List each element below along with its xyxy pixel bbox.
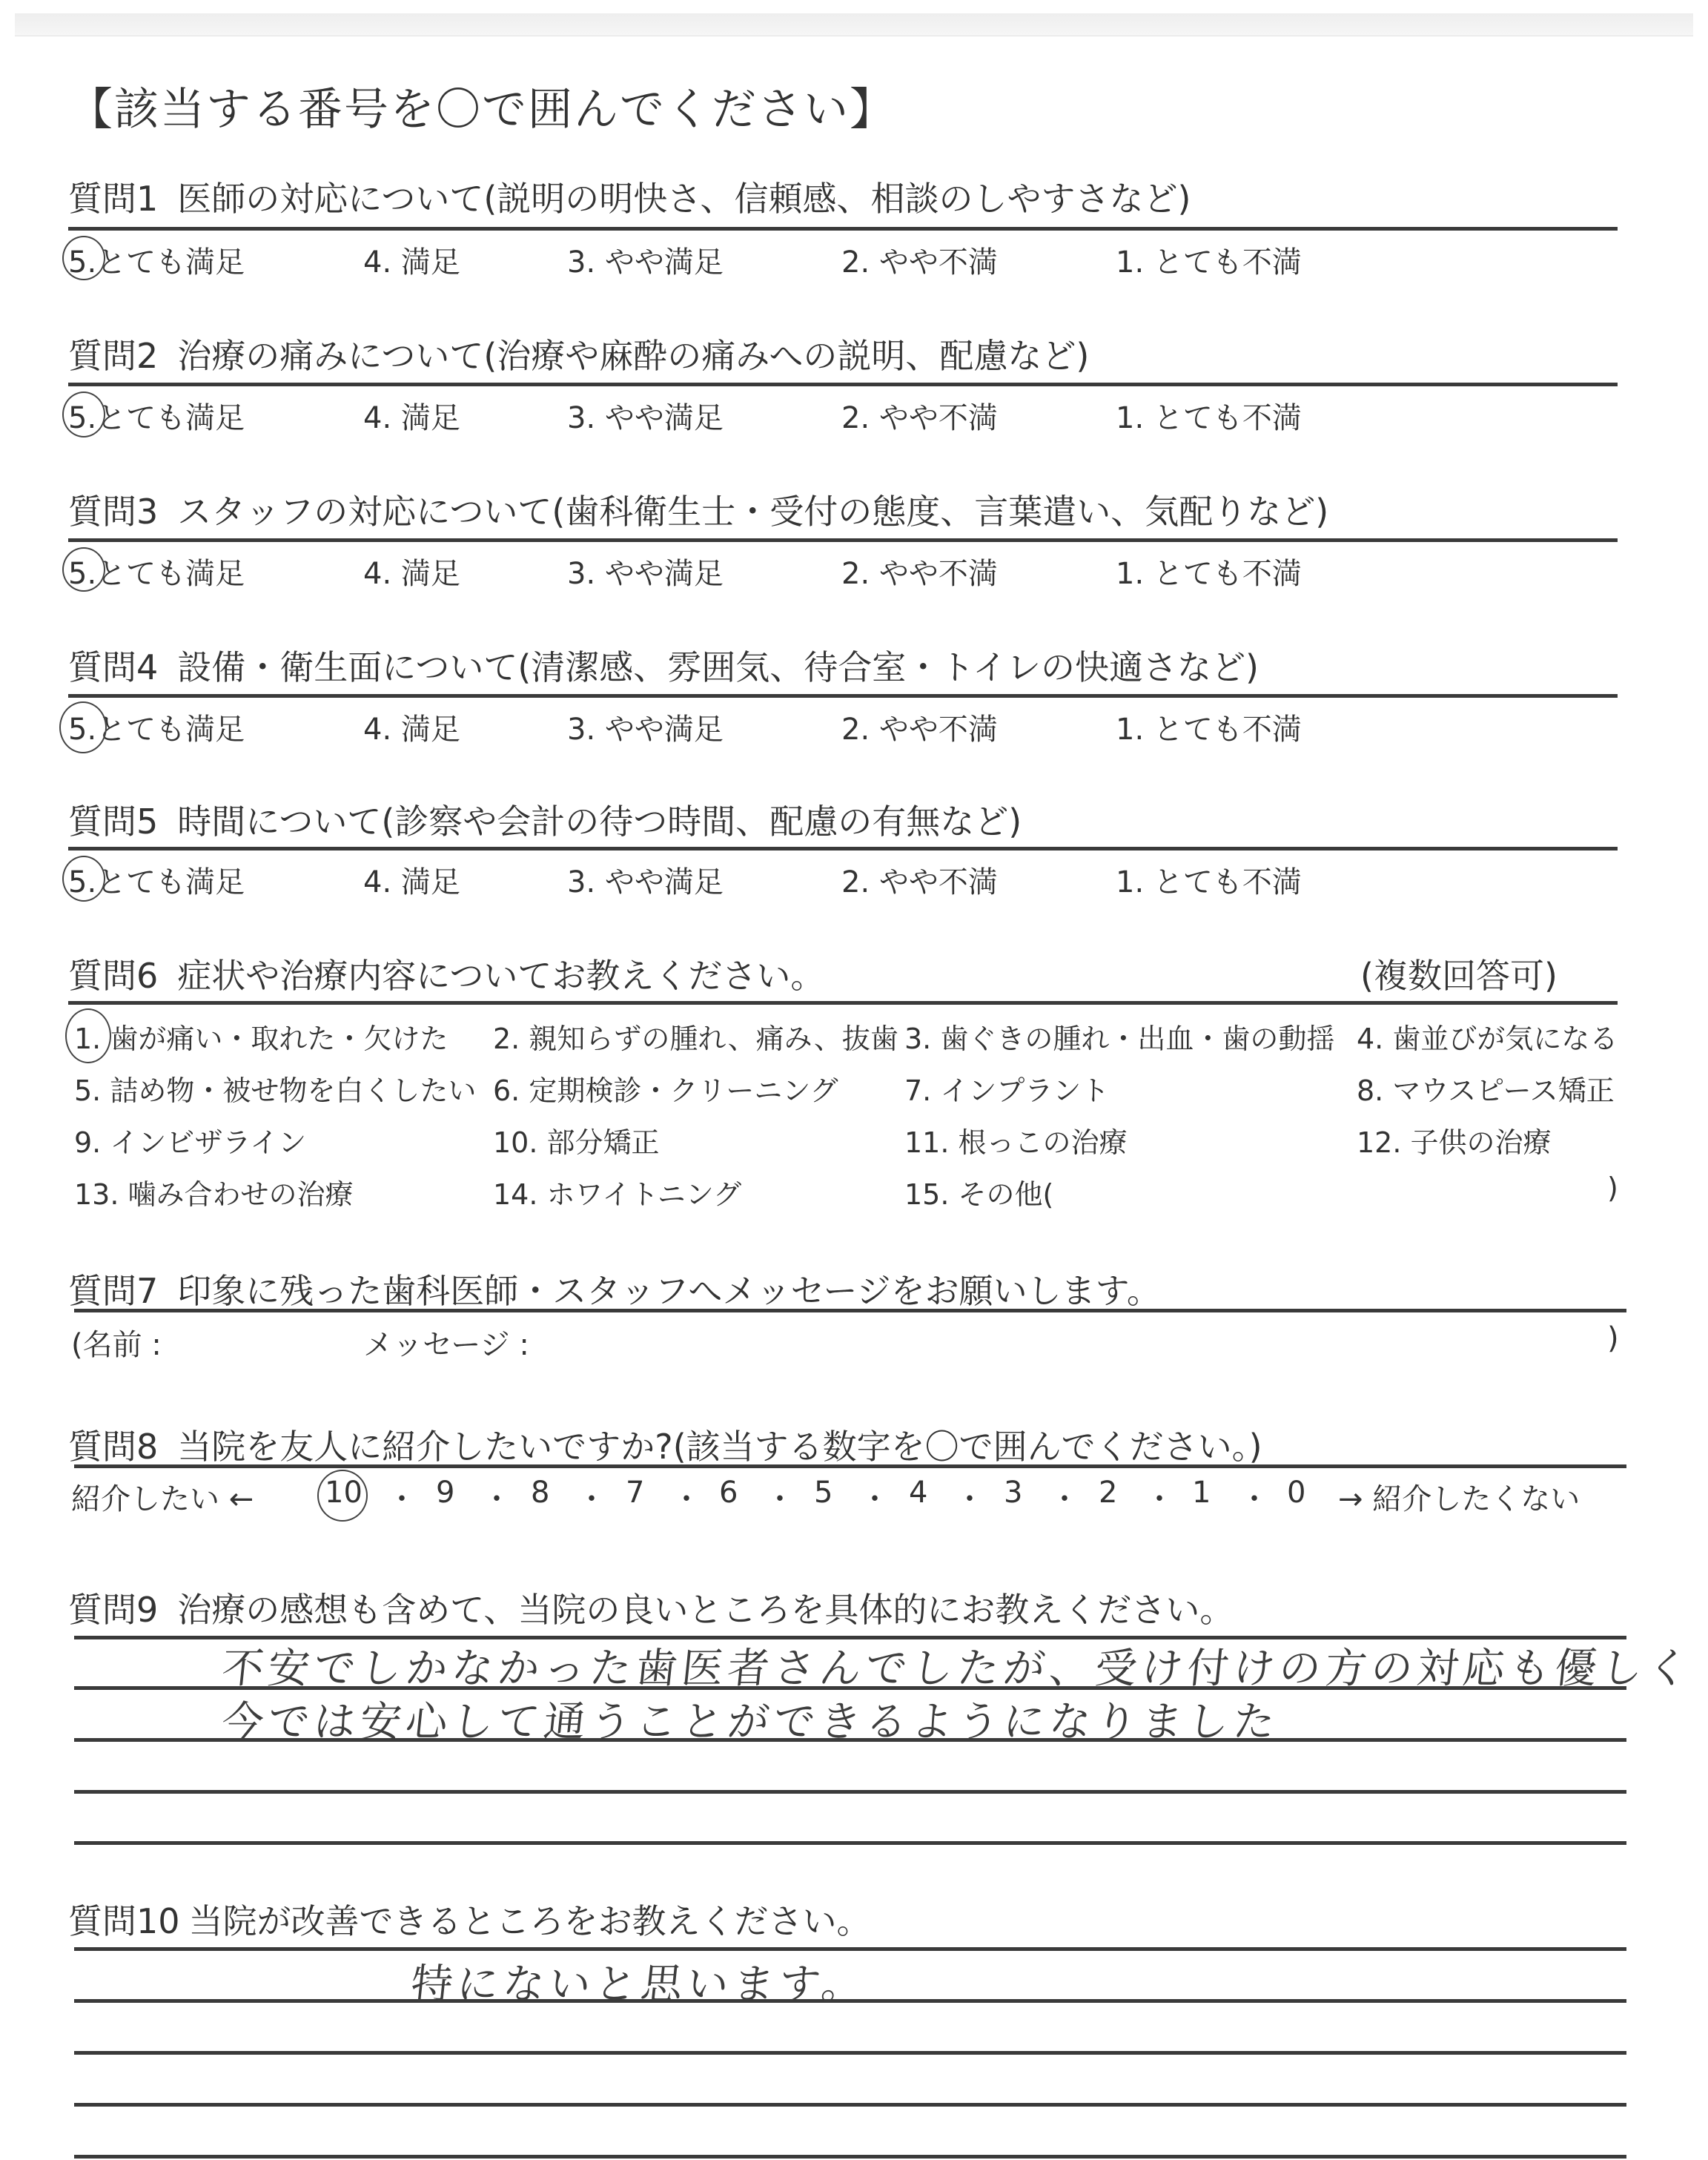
- symptom-option-1[interactable]: 1. 歯が痛い・取れた・欠けた: [74, 1016, 448, 1057]
- separator: ・: [1050, 1476, 1079, 1518]
- recommend-score-7[interactable]: 7: [626, 1476, 644, 1510]
- separator: ・: [765, 1476, 795, 1518]
- question-text: 設備・衛生面について(清潔感、雰囲気、待合室・トイレの快適さなど): [177, 647, 1259, 687]
- selection-circle: [62, 392, 105, 437]
- answer-line: [74, 2103, 1626, 2107]
- question-text: 医師の対応について(説明の明快さ、信頼感、相談のしやすさなど): [177, 179, 1191, 219]
- answer-line: [74, 1947, 1626, 1951]
- question-text: 症状や治療内容についてお教えください。: [177, 956, 824, 996]
- symptom-option-11[interactable]: 11. 根っこの治療: [904, 1120, 1128, 1160]
- symptom-option-6[interactable]: 6. 定期検診・クリーニング: [493, 1068, 838, 1109]
- q2-option-1[interactable]: 1. とても不満: [1116, 394, 1302, 437]
- separator: ・: [1145, 1476, 1174, 1518]
- handwritten-answer-line-1[interactable]: 不安でしかなかった歯医者さんでしたが、受け付けの方の対応も優しく: [219, 1636, 1696, 1695]
- q5-option-1[interactable]: 1. とても不満: [1116, 859, 1302, 901]
- question-text: 印象に残った歯科医師・スタッフへメッセージをお願いします。: [177, 1271, 1161, 1311]
- selection-circle: [65, 1008, 111, 1063]
- question-2-title: 質問2治療の痛みについて(治療や麻酔の痛みへの説明、配慮など): [68, 329, 1089, 378]
- recommend-score-8[interactable]: 8: [531, 1476, 549, 1510]
- selection-circle: [62, 856, 105, 902]
- question-4-title: 質問4設備・衛生面について(清潔感、雰囲気、待合室・トイレの快適さなど): [68, 641, 1259, 690]
- staff-name-label: (名前 :: [71, 1321, 162, 1364]
- question-number: 質問1: [68, 179, 158, 219]
- recommend-score-3[interactable]: 3: [1004, 1476, 1022, 1510]
- q3-option-3[interactable]: 3. やや満足: [567, 550, 724, 592]
- question-number: 質問3: [68, 492, 158, 532]
- recommend-score-0[interactable]: 0: [1287, 1476, 1305, 1510]
- question-3-title: 質問3スタッフの対応について(歯科衛生士・受付の態度、言葉遣い、気配りなど): [68, 485, 1328, 534]
- question-number: 質問9: [68, 1590, 158, 1630]
- question-8-title: 質問8当院を友人に紹介したいですか?(該当する数字を〇で囲んでください。): [68, 1420, 1262, 1469]
- recommend-score-2[interactable]: 2: [1099, 1476, 1117, 1510]
- question-text: 当院が改善できるところをお教えください。: [189, 1901, 871, 1941]
- question-6-title: 質問6症状や治療内容についてお教えください。: [68, 949, 824, 998]
- symptom-option-13[interactable]: 13. 噛み合わせの治療: [74, 1172, 354, 1212]
- question-text: スタッフの対応について(歯科衛生士・受付の態度、言葉遣い、気配りなど): [177, 492, 1328, 532]
- q2-option-2[interactable]: 2. やや不満: [841, 394, 998, 437]
- question-5-title: 質問5時間について(診察や会計の待つ時間、配慮の有無など): [68, 795, 1022, 844]
- separator: ・: [955, 1476, 984, 1518]
- recommend-left-label: 紹介したい ←: [71, 1476, 254, 1518]
- question-10-title: 質問10当院が改善できるところをお教えください。: [68, 1895, 871, 1943]
- separator: ・: [387, 1476, 417, 1518]
- separator: ・: [672, 1476, 701, 1518]
- divider: [68, 383, 1618, 386]
- divider: [74, 1464, 1626, 1468]
- answer-line: [74, 1790, 1626, 1794]
- question-1-title: 質問1医師の対応について(説明の明快さ、信頼感、相談のしやすさなど): [68, 172, 1191, 221]
- q4-option-3[interactable]: 3. やや満足: [567, 706, 724, 748]
- symptom-option-9[interactable]: 9. インビザライン: [74, 1120, 306, 1160]
- q1-option-4[interactable]: 4. 満足: [363, 239, 460, 281]
- question-text: 治療の痛みについて(治療や麻酔の痛みへの説明、配慮など): [177, 336, 1089, 376]
- separator: ・: [577, 1476, 606, 1518]
- message-close-paren: ): [1607, 1321, 1619, 1355]
- answer-line: [74, 2155, 1626, 2159]
- recommend-score-1[interactable]: 1: [1192, 1476, 1211, 1510]
- question-text: 当院を友人に紹介したいですか?(該当する数字を〇で囲んでください。): [177, 1427, 1262, 1467]
- q3-option-1[interactable]: 1. とても不満: [1116, 550, 1302, 592]
- selection-circle: [317, 1470, 368, 1522]
- symptom-option-5[interactable]: 5. 詰め物・被せ物を白くしたい: [74, 1068, 476, 1109]
- recommend-score-9[interactable]: 9: [436, 1476, 454, 1510]
- symptom-option-10[interactable]: 10. 部分矯正: [493, 1120, 660, 1160]
- staff-message-label: メッセージ :: [363, 1321, 529, 1364]
- question-number: 質問6: [68, 956, 158, 996]
- symptom-option-14[interactable]: 14. ホワイトニング: [493, 1172, 741, 1212]
- symptom-option-12[interactable]: 12. 子供の治療: [1357, 1120, 1552, 1160]
- divider: [68, 227, 1618, 231]
- q5-option-4[interactable]: 4. 満足: [363, 859, 460, 901]
- question-number: 質問5: [68, 802, 158, 842]
- selection-circle: [59, 701, 107, 753]
- question-number: 質問2: [68, 336, 158, 376]
- question-number: 質問7: [68, 1271, 158, 1311]
- separator: ・: [1239, 1476, 1269, 1518]
- divider: [68, 694, 1618, 698]
- symptom-option-15-other[interactable]: 15. その他(: [904, 1172, 1053, 1212]
- question-number: 質問8: [68, 1427, 158, 1467]
- q5-option-3[interactable]: 3. やや満足: [567, 859, 724, 901]
- q2-option-3[interactable]: 3. やや満足: [567, 394, 724, 437]
- q3-option-2[interactable]: 2. やや不満: [841, 550, 998, 592]
- q2-option-4[interactable]: 4. 満足: [363, 394, 460, 437]
- question-text: 治療の感想も含めて、当院の良いところを具体的にお教えください。: [177, 1590, 1234, 1630]
- question-9-title: 質問9治療の感想も含めて、当院の良いところを具体的にお教えください。: [68, 1583, 1234, 1632]
- q5-option-2[interactable]: 2. やや不満: [841, 859, 998, 901]
- handwritten-answer-line-2[interactable]: 今では安心して通うことができるようになりました: [219, 1689, 1282, 1748]
- symptom-option-2[interactable]: 2. 親知らずの腫れ、痛み、抜歯: [493, 1016, 898, 1057]
- q1-option-1[interactable]: 1. とても不満: [1116, 239, 1302, 281]
- answer-line: [74, 2051, 1626, 2055]
- question-number: 質問4: [68, 647, 158, 687]
- question-text: 時間について(診察や会計の待つ時間、配慮の有無など): [177, 802, 1022, 842]
- answer-line: [74, 1841, 1626, 1845]
- divider: [68, 538, 1618, 542]
- symptom-option-3[interactable]: 3. 歯ぐきの腫れ・出血・歯の動揺: [904, 1016, 1334, 1057]
- page-title: 【該当する番号を〇で囲んでください】: [68, 74, 896, 138]
- selection-circle: [62, 547, 105, 592]
- q1-option-3[interactable]: 3. やや満足: [567, 239, 724, 281]
- recommend-score-5[interactable]: 5: [814, 1476, 833, 1510]
- q4-option-1[interactable]: 1. とても不満: [1116, 706, 1302, 748]
- recommend-right-label: → 紹介したくない: [1338, 1476, 1580, 1518]
- recommend-score-6[interactable]: 6: [719, 1476, 738, 1510]
- symptom-option-7[interactable]: 7. インプラント: [904, 1068, 1109, 1109]
- selection-circle: [62, 236, 105, 280]
- q3-option-4[interactable]: 4. 満足: [363, 550, 460, 592]
- other-close-paren: ): [1607, 1172, 1618, 1204]
- scan-top-edge: [15, 13, 1693, 36]
- q1-option-2[interactable]: 2. やや不満: [841, 239, 998, 281]
- divider: [68, 847, 1618, 851]
- recommend-score-4[interactable]: 4: [909, 1476, 927, 1510]
- q4-option-4[interactable]: 4. 満足: [363, 706, 460, 748]
- question-number: 質問10: [68, 1901, 180, 1941]
- symptom-option-8[interactable]: 8. マウスピース矯正: [1357, 1068, 1615, 1109]
- separator: ・: [860, 1476, 890, 1518]
- symptom-option-4[interactable]: 4. 歯並びが気になる: [1357, 1016, 1618, 1057]
- separator: ・: [482, 1476, 512, 1518]
- question-7-title: 質問7印象に残った歯科医師・スタッフへメッセージをお願いします。: [68, 1264, 1161, 1313]
- q4-option-2[interactable]: 2. やや不満: [841, 706, 998, 748]
- divider: [74, 1309, 1626, 1312]
- divider: [68, 1001, 1618, 1005]
- handwritten-answer-line-1[interactable]: 特にないと思います。: [408, 1952, 871, 2011]
- multiple-answers-note: (複数回答可): [1360, 949, 1558, 998]
